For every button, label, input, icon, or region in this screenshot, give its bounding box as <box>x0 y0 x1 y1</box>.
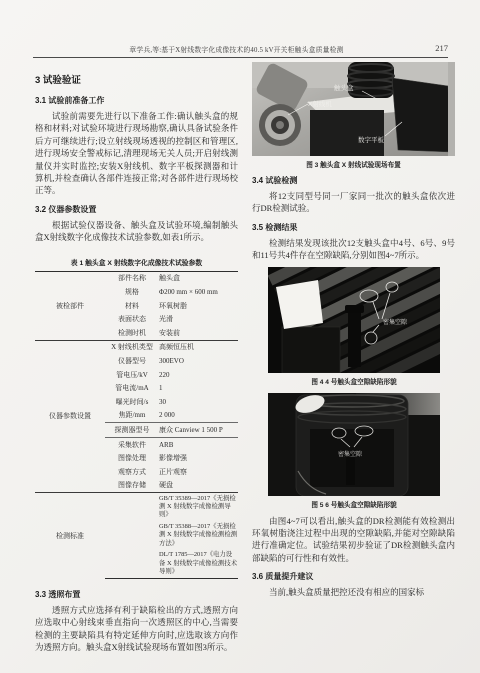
section-3-1-title: 3.1 试验前准备工作 <box>35 95 238 106</box>
figure-5-caption: 图 5 6 号触头盒空隙缺陷形貌 <box>268 499 440 509</box>
section-3-6-title: 3.6 质量提升建议 <box>252 571 455 582</box>
standard-entry: DL/T 1785—2017《电力设备 X 射线数字成像检测技术导则》 <box>159 550 238 579</box>
table-1: 被检部件 部件名称 触头盒 规格 Φ200 mm × 600 mm 材料 环氧树… <box>35 271 238 579</box>
section-3-3-title: 3.3 透照布置 <box>35 589 238 600</box>
section-3-4-title: 3.4 试验检测 <box>252 175 455 186</box>
page-number: 217 <box>435 43 448 53</box>
figure-3: 触头盒 X射线机 数字平板 图 3 触头盒 X 射线试验现场布置 <box>252 62 455 169</box>
right-column: 触头盒 X射线机 数字平板 图 3 触头盒 X 射线试验现场布置 3.4 试验检… <box>252 62 455 599</box>
running-head: 章学兵,等:基于X射线数字化成像技术的40.5 kV开关柜触头盒质量检测 <box>73 44 400 54</box>
figure-4-annotation-label: 密集空隙 <box>383 318 408 326</box>
contact-box-shape <box>348 62 394 98</box>
page-header: 章学兵,等:基于X射线数字化成像技术的40.5 kV开关柜触头盒质量检测 217 <box>33 44 450 56</box>
table-row: 仪器参数设置 X 射线机类型 高频恒压机 <box>35 340 238 354</box>
figure-4-dr-image: 密集空隙 <box>268 267 440 373</box>
table-group-instrument: 仪器参数设置 <box>35 340 105 493</box>
section-3-5-title: 3.5 检测结果 <box>252 222 455 233</box>
section-3-2-paragraph: 根据试验仪器设备、触头盒及试验环境,编制触头盒X射线数字化成像技术试验参数,如表… <box>35 219 238 244</box>
paper-page: 章学兵,等:基于X射线数字化成像技术的40.5 kV开关柜触头盒质量检测 217… <box>0 0 480 673</box>
section-3-1-paragraph: 试验前需要先进行以下准备工作:确认触头盒的规格和材料;对试验环境进行现场勘察,确… <box>35 110 238 197</box>
section-3-3-paragraph: 透照方式应选择有利于缺陷检出的方式,透照方向应选取中心射线束垂直指向一次透照区的… <box>35 604 238 654</box>
figure-3-photo: 触头盒 X射线机 数字平板 <box>252 62 455 156</box>
standard-entry: GB/T 35389—2017《无损检测 X 射线数字成像检测导则》 <box>159 493 238 522</box>
section-3-title: 3 试验验证 <box>35 72 238 86</box>
figure-5-dr-image: 密集空隙 <box>268 393 440 496</box>
table-group-inspected: 被检部件 <box>35 271 105 340</box>
section-3-4-paragraph: 将12支同型号同一厂家同一批次的触头盒依次进行DR检测试验。 <box>252 190 455 215</box>
xray-machine-label: X射线机 <box>308 99 332 108</box>
figure-4: 密集空隙 图 4 4 号触头盒空隙缺陷形貌 <box>268 267 440 386</box>
header-rule <box>33 57 448 58</box>
bright-marker <box>276 280 323 329</box>
table-group-standards: 检测标准 <box>35 493 105 579</box>
left-column: 3 试验验证 3.1 试验前准备工作 试验前需要先进行以下准备工作:确认触头盒的… <box>35 64 238 653</box>
section-3-6-paragraph: 当前,触头盒质量把控还没有相应的国家标 <box>252 586 455 598</box>
table-row: 检测标准 GB/T 35389—2017《无损检测 X 射线数字成像检测导则》 <box>35 493 238 522</box>
support-box <box>310 110 384 156</box>
section-3-5-paragraph-1: 检测结果发现该批次12支触头盒中4号、6号、9号和11号共4件存在空隙缺陷,分别… <box>252 237 455 262</box>
figure-3-caption: 图 3 触头盒 X 射线试验现场布置 <box>252 159 455 169</box>
digital-panel-label: 数字平板 <box>358 135 385 144</box>
digital-panel-shape <box>392 78 451 152</box>
contact-box-label: 触头盒 <box>334 83 354 92</box>
section-3-2-title: 3.2 仪器参数设置 <box>35 204 238 215</box>
section-3-5-paragraph-2: 由图4~7可以看出,触头盒的DR检测能有效检测出环氧树脂浇注过程中出现的空隙缺陷… <box>252 515 455 565</box>
figure-4-caption: 图 4 4 号触头盒空隙缺陷形貌 <box>268 376 440 386</box>
figure-5: 密集空隙 图 5 6 号触头盒空隙缺陷形貌 <box>268 393 440 509</box>
table-row: 被检部件 部件名称 触头盒 <box>35 271 238 285</box>
table-1-caption: 表 1 触头盒 X 射线数字化成像技术试验参数 <box>35 257 238 267</box>
figure-5-annotation-label: 密集空隙 <box>338 450 363 458</box>
standard-entry: GB/T 35388—2017《无损检测 X 射线数字成像检测检测方法》 <box>159 521 238 549</box>
